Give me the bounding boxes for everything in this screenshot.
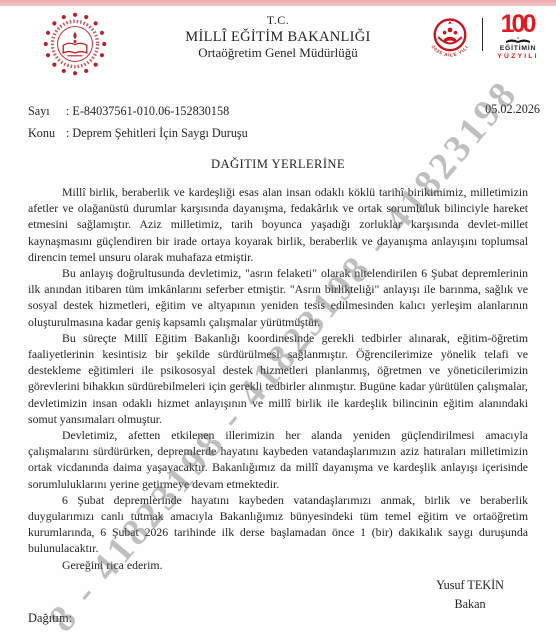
konu-value: : Deprem Şehitleri İçin Saygı Duruşu [66,122,248,144]
sayi-label: Sayı [28,100,66,122]
sayi-value: : E-84037561-010.06-152830158 [66,100,229,122]
centenary-number: 100 [488,12,546,37]
header-logos: 2025 AİLE YILI 100 EĞİTİMİN YÜZYILI [423,12,546,74]
closing-line: Gereğini rica ederim. [28,557,528,573]
open-book-icon [505,37,531,45]
signature-name: Yusuf TEKİN [436,576,504,595]
centenary-title-line2: YÜZYILI [490,54,546,61]
scan-edge-strip [0,0,556,6]
body-paragraph: Millî birlik, beraberlik ve kardeşliği e… [28,184,528,265]
centenary-logo: 100 EĞİTİMİN YÜZYILI [490,12,546,61]
doc-subject-row: Konu : Deprem Şehitleri İçin Saygı Duruş… [28,122,248,144]
signature-title: Bakan [436,595,504,614]
document-meta: Sayı : E-84037561-010.06-152830158 Konu … [28,100,248,144]
konu-label: Konu [28,122,66,144]
body-paragraph: Bu süreçte Millî Eğitim Bakanlığı koordi… [28,330,528,427]
doc-number-row: Sayı : E-84037561-010.06-152830158 [28,100,248,122]
body-paragraph: Devletimiz, afetten etkilenen illerimizi… [28,427,528,492]
family-year-logo-icon: 2025 AİLE YILI [423,12,477,74]
distribution-label: Dağıtım: [28,611,72,626]
signature-block: Yusuf TEKİN Bakan [436,576,504,614]
document-date: 05.02.2026 [485,102,540,117]
letter-body: Millî birlik, beraberlik ve kardeşliği e… [28,184,528,573]
logo-divider [482,18,483,51]
body-paragraph: Bu anlayış doğrultusunda devletimiz, "as… [28,265,528,330]
centenary-title-line1: EĞİTİMİN [490,46,546,53]
addressee-line: DAĞITIM YERLERİNE [0,157,556,172]
body-paragraph: 6 Şubat depremlerinde hayatını kaybeden … [28,492,528,557]
